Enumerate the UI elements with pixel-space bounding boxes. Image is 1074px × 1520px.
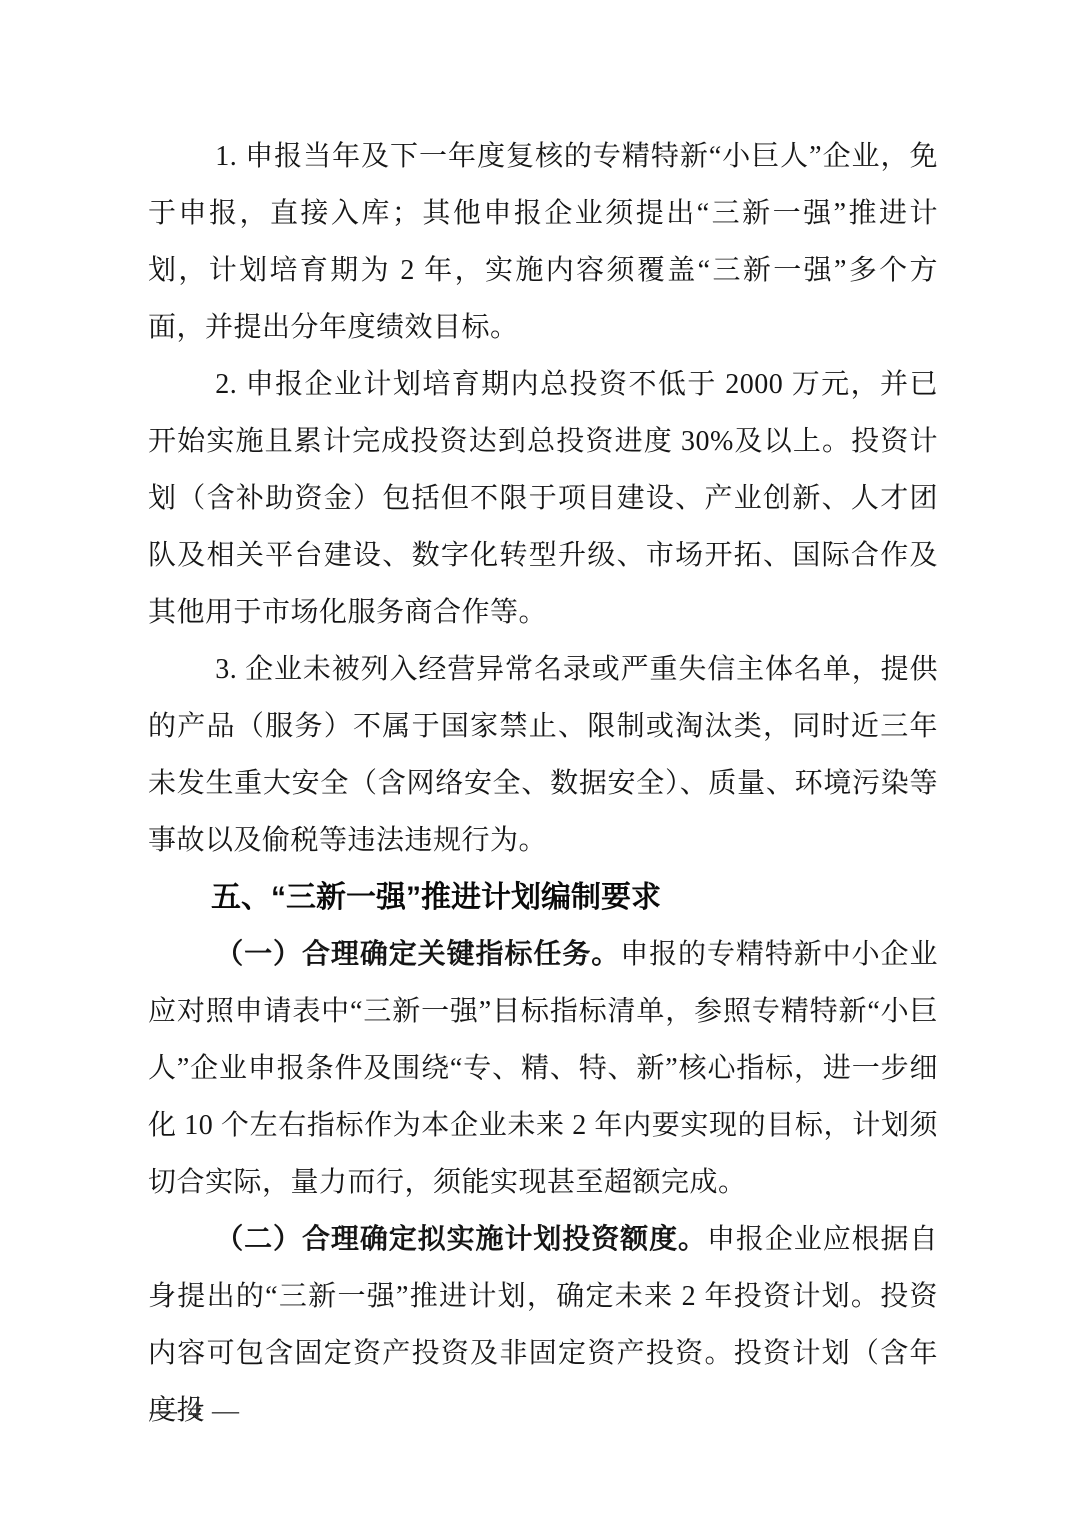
paragraph-item-2: 2. 申报企业计划培育期内总投资不低于 2000 万元，并已开始实施且累计完成投… (148, 356, 938, 641)
section-heading: 五、“三新一强”推进计划编制要求 (148, 869, 938, 926)
paragraph-item-5: （二）合理确定拟实施计划投资额度。申报企业应根据自身提出的“三新一强”推进计划，… (148, 1211, 938, 1439)
paragraph-item-3: 3. 企业未被列入经营异常名录或严重失信主体名单，提供的产品（服务）不属于国家禁… (148, 641, 938, 869)
paragraph-item-1: 1. 申报当年及下一年度复核的专精特新“小巨人”企业，免于申报，直接入库；其他申… (148, 128, 938, 356)
paragraph-4-text: 申报的专精特新中小企业应对照申请表中“三新一强”目标指标清单，参照专精特新“小巨… (148, 939, 938, 1198)
page-number: — 4 — (150, 1390, 241, 1430)
paragraph-item-4: （一）合理确定关键指标任务。申报的专精特新中小企业应对照申请表中“三新一强”目标… (148, 926, 938, 1211)
paragraph-5-lead: （二）合理确定拟实施计划投资额度。 (215, 1224, 707, 1255)
document-body: 1. 申报当年及下一年度复核的专精特新“小巨人”企业，免于申报，直接入库；其他申… (148, 128, 938, 1439)
document-page: 1. 申报当年及下一年度复核的专精特新“小巨人”企业，免于申报，直接入库；其他申… (0, 0, 1074, 1520)
paragraph-4-lead: （一）合理确定关键指标任务。 (215, 939, 620, 970)
